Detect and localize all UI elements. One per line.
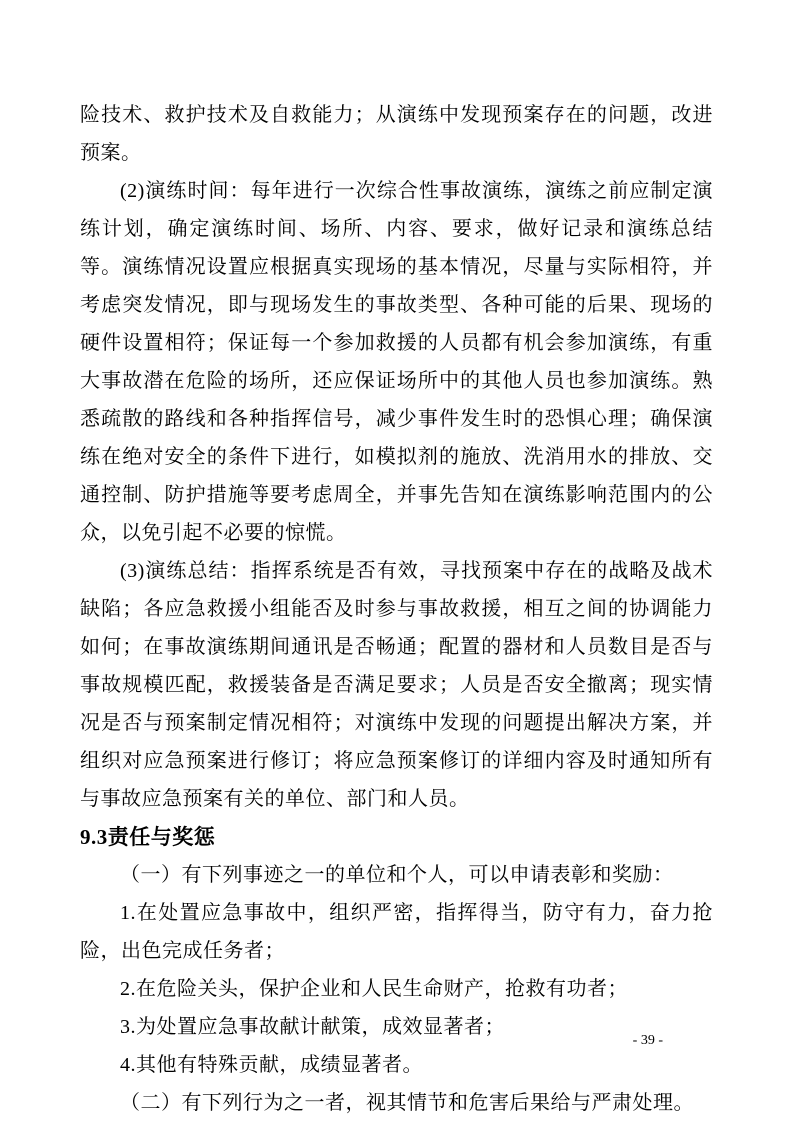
paragraph-drill-summary: (3)演练总结：指挥系统是否有效，寻找预案中存在的战略及战术缺陷；各应急救援小组…: [80, 552, 713, 818]
section-heading-responsibility-rewards: 9.3责任与奖惩: [80, 818, 713, 856]
paragraph-reward-item-3: 3.为处置应急事故献计献策，成效显著者；: [80, 1008, 713, 1046]
paragraph-drill-time: (2)演练时间：每年进行一次综合性事故演练，演练之前应制定演练计划，确定演练时间…: [80, 172, 713, 552]
paragraph-reward-conditions-intro: （一）有下列事迹之一的单位和个人，可以申请表彰和奖励：: [80, 856, 713, 894]
paragraph-reward-item-4: 4.其他有特殊贡献，成绩显著者。: [80, 1046, 713, 1084]
paragraph-rescue-skills-continuation: 险技术、救护技术及自救能力；从演练中发现预案存在的问题，改进预案。: [80, 96, 713, 172]
page-number: - 39 -: [633, 1033, 663, 1048]
document-content: 险技术、救护技术及自救能力；从演练中发现预案存在的问题，改进预案。 (2)演练时…: [80, 96, 713, 1122]
page-footer: - 39 -: [633, 1032, 663, 1050]
paragraph-reward-item-2: 2.在危险关头，保护企业和人民生命财产，抢救有功者；: [80, 970, 713, 1008]
document-page: 险技术、救护技术及自救能力；从演练中发现预案存在的问题，改进预案。 (2)演练时…: [0, 0, 793, 1122]
paragraph-punishment-intro: （二）有下列行为之一者，视其情节和危害后果给与严肃处理。: [80, 1084, 713, 1122]
paragraph-reward-item-1: 1.在处置应急事故中，组织严密，指挥得当，防守有力，奋力抢险，出色完成任务者；: [80, 894, 713, 970]
